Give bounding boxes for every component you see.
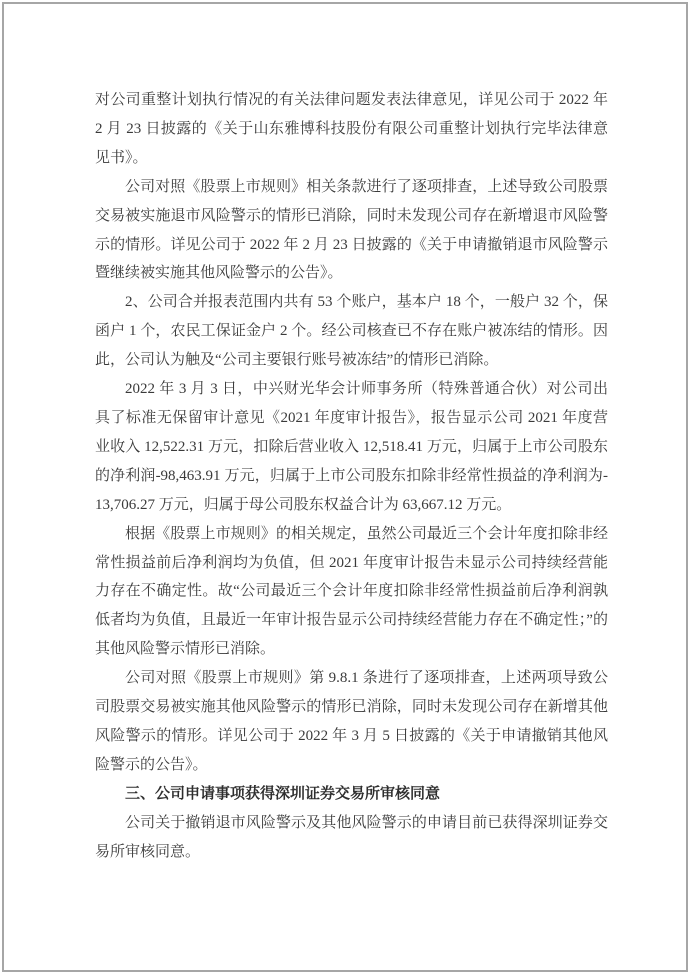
paragraph-legal-opinion-continuation: 对公司重整计划执行情况的有关法律问题发表法律意见，详见公司于 2022 年 2 … <box>95 86 608 173</box>
paragraph-other-risk-warning-removed: 公司对照《股票上市规则》第 9.8.1 条进行了逐项排查，上述两项导致公司股票交… <box>95 664 608 780</box>
paragraph-listing-rules-basis: 根据《股票上市规则》的相关规定，虽然公司最近三个会计年度扣除非经常性损益前后净利… <box>95 520 608 665</box>
paragraph-delisting-risk-warning-removed: 公司对照《股票上市规则》相关条款进行了逐项排查，上述导致公司股票交易被实施退市风… <box>95 173 608 289</box>
document-page: 对公司重整计划执行情况的有关法律问题发表法律意见，详见公司于 2022 年 2 … <box>0 0 691 978</box>
paragraph-exchange-approval: 公司关于撤销退市风险警示及其他风险警示的申请目前已获得深圳证券交易所审核同意。 <box>95 809 608 867</box>
paragraph-bank-accounts: 2、公司合并报表范围内共有 53 个账户，基本户 18 个，一般户 32 个，保… <box>95 288 608 375</box>
paragraph-audit-report-figures: 2022 年 3 月 3 日，中兴财光华会计师事务所（特殊普通合伙）对公司出具了… <box>95 375 608 520</box>
document-body: 对公司重整计划执行情况的有关法律问题发表法律意见，详见公司于 2022 年 2 … <box>95 86 608 866</box>
section-heading-three: 三、公司申请事项获得深圳证券交易所审核同意 <box>95 780 608 809</box>
